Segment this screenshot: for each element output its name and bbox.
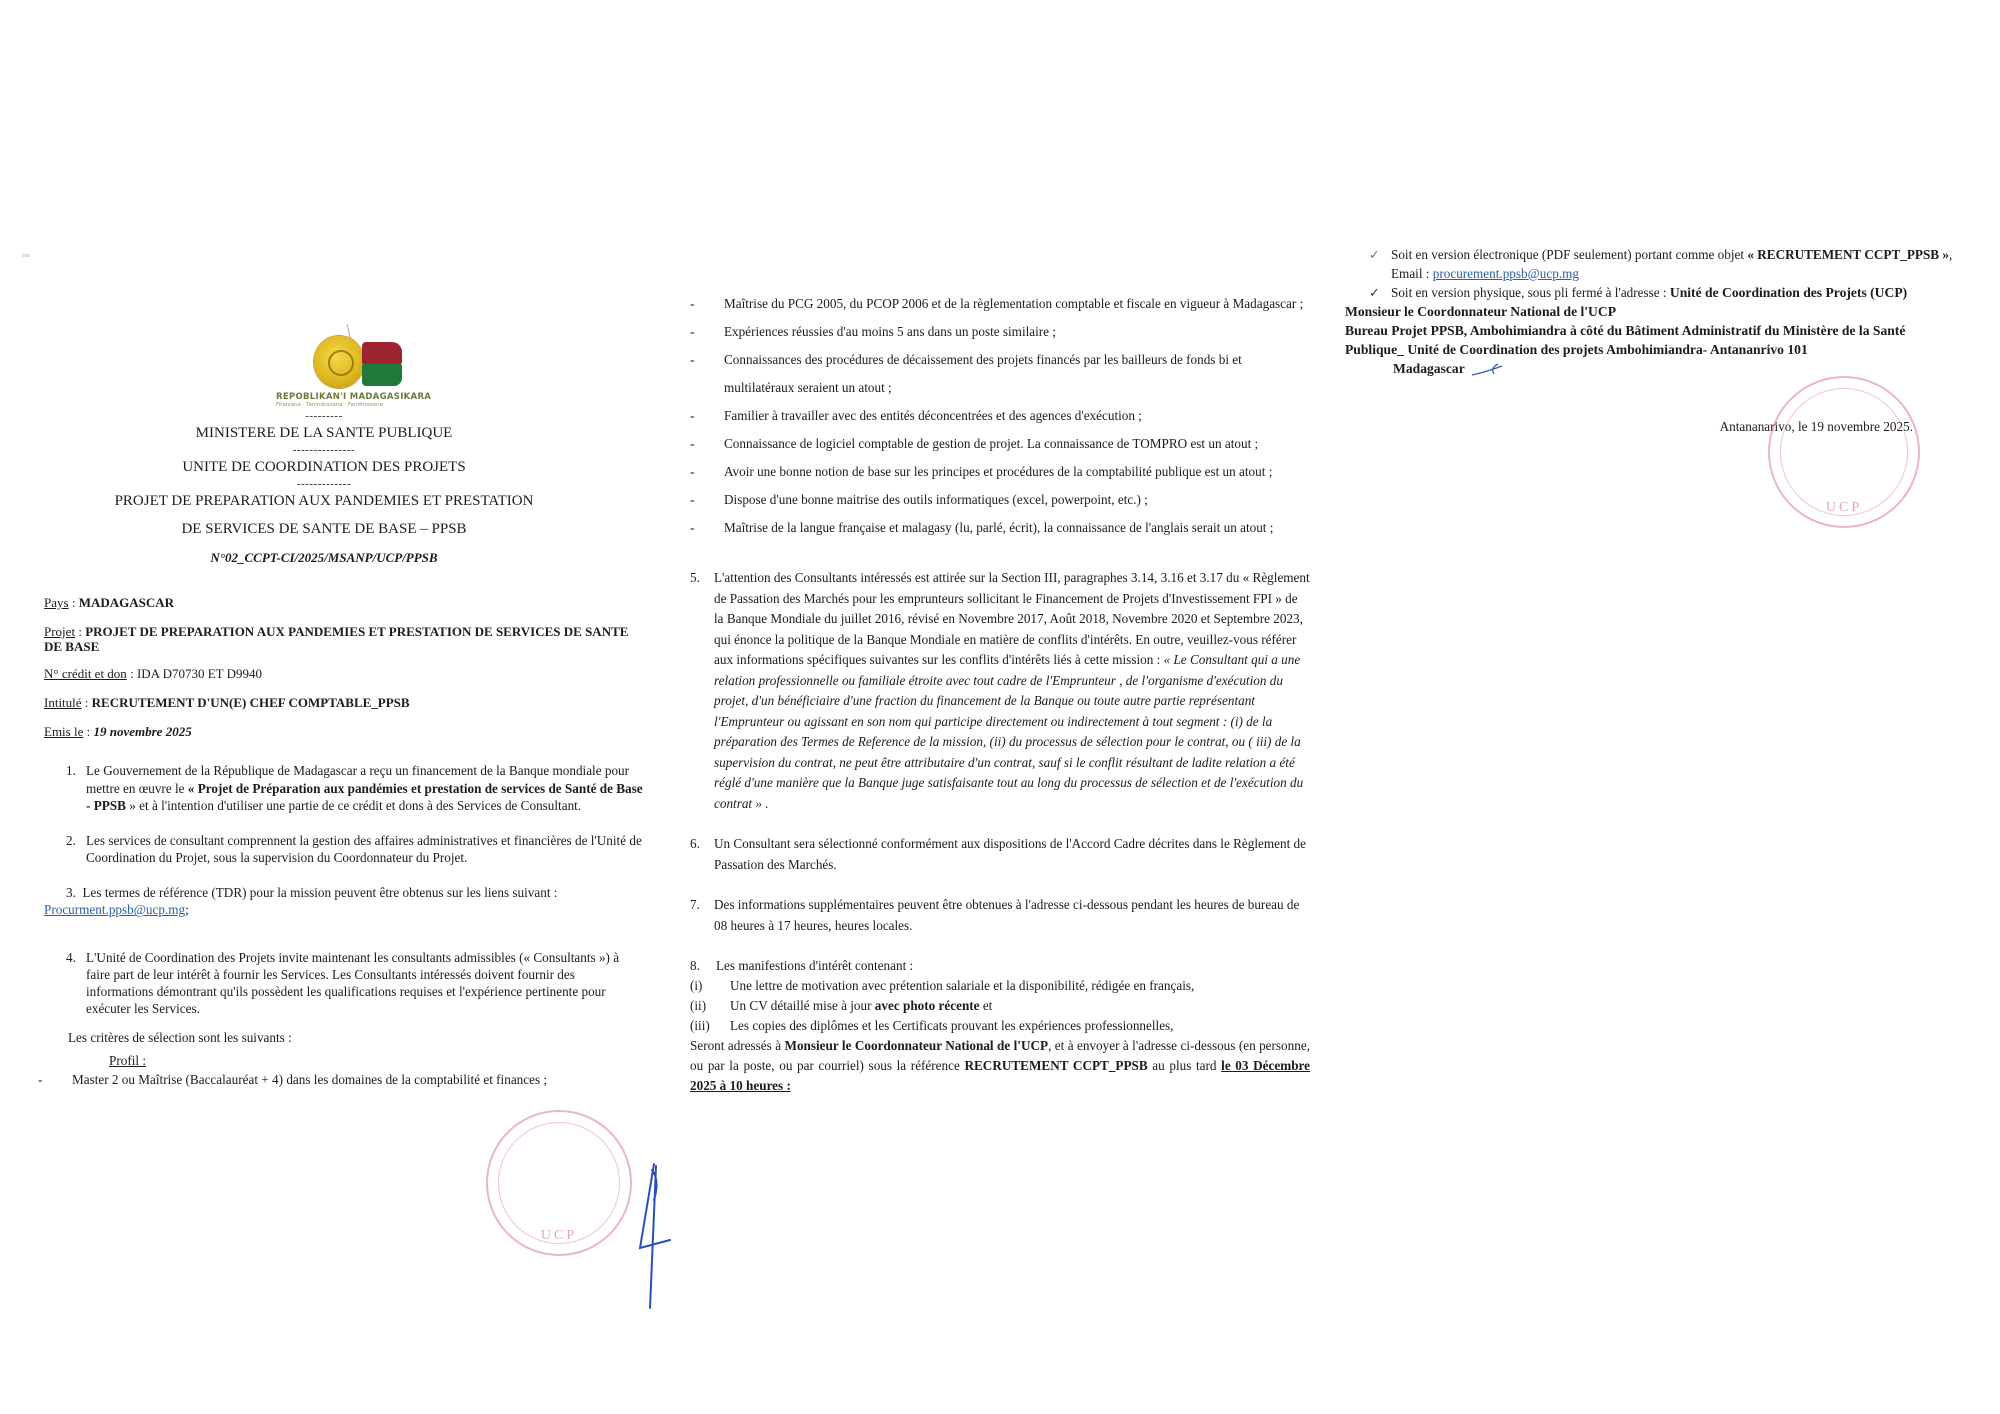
scan-artifact [22,254,30,257]
electronic-submission-option: ✓ Soit en version électronique (PDF seul… [1369,245,1965,283]
project-field: Projet : PROJET DE PREPARATION AUX PANDE… [44,624,644,654]
paragraph-7: 7. Des informations supplémentaires peuv… [690,895,1310,936]
project-name-line2: DE SERVICES DE SANTE DE BASE – PPSB [24,518,624,540]
profile-item: -Maîtrise du PCG 2005, du PCOP 2006 et d… [690,290,1310,318]
reference-number: N°02_CCPT-CI/2025/MSANP/UCP/PPSB [24,550,624,567]
paragraph-1: 1. Le Gouvernement de la République de M… [44,762,644,813]
emblem: REPOBLIKAN'I MADAGASIKARA Fitiavana · Ta… [266,318,446,410]
notice-metadata: Pays : MADAGASCAR Projet : PROJET DE PRE… [44,595,644,741]
separator: ------------- [24,478,624,490]
page-2: -Maîtrise du PCG 2005, du PCOP 2006 et d… [690,290,1310,1096]
national-seal-icon [314,336,364,388]
madagascar-flag-icon [362,342,402,364]
criteria-intro: Les critères de sélection sont les suiva… [68,1029,644,1046]
issue-date-field: Emis le : 19 novembre 2025 [44,724,644,741]
unit-name: UNITE DE COORDINATION DES PROJETS [24,456,624,478]
paragraph-5: 5. L'attention des Consultants intéressé… [690,568,1310,814]
postal-address: Monsieur le Coordonnateur National de l'… [1345,302,1965,378]
checkmark-icon: ✓ [1369,245,1391,283]
profile-list: -Maîtrise du PCG 2005, du PCOP 2006 et d… [690,290,1310,542]
profile-item: -Master 2 ou Maîtrise (Baccalauréat + 4)… [38,1071,644,1088]
paragraph-8: 8.Les manifestions d'intérêt contenant :… [690,956,1310,1096]
profile-item: -Expériences réussies d'au moins 5 ans d… [690,318,1310,346]
page-1: REPOBLIKAN'I MADAGASIKARA Fitiavana · Ta… [44,318,644,1089]
signature-icon [632,1160,672,1310]
credit-field: N° crédit et don : IDA D70730 ET D9940 [44,666,644,683]
official-stamp-icon: UCP [486,1110,632,1256]
letterhead: --------- MINISTERE DE LA SANTE PUBLIQUE… [24,410,624,567]
tdr-email-link[interactable]: Procurment.ppsb@ucp.mg [44,902,185,917]
paragraph-6: 6. Un Consultant sera sélectionné confor… [690,834,1310,875]
separator: --------- [24,410,624,422]
document-item: (i)Une lettre de motivation avec prétent… [690,976,1310,996]
profile-item: -Familier à travailler avec des entités … [690,402,1310,430]
profile-item: -Maîtrise de la langue française et mala… [690,514,1310,542]
official-stamp-icon: UCP [1768,376,1920,528]
profile-item: -Connaissances des procédures de décaiss… [690,346,1310,402]
paragraph-3: 3. Les termes de référence (TDR) pour la… [44,884,644,918]
profile-item: -Connaissance de logiciel comptable de g… [690,430,1310,458]
project-name-line1: PROJET DE PREPARATION AUX PANDEMIES ET P… [24,490,624,512]
profile-item: -Avoir une bonne notion de base sur les … [690,458,1310,486]
profile-heading: Profil : [109,1052,644,1069]
paragraph-2: 2. Les services de consultant comprennen… [44,832,644,866]
submission-instructions: Seront adressés à Monsieur le Coordonnat… [690,1036,1310,1096]
checkmark-icon: ✓ [1369,283,1391,302]
paragraph-4: 4. L'Unité de Coordination des Projets i… [44,949,644,1018]
document-item: (ii)Un CV détaillé mise à jour avec phot… [690,996,1310,1016]
physical-submission-option: ✓ Soit en version physique, sous pli fer… [1369,283,1965,302]
initials-signature-icon [1468,362,1508,378]
submission-email-link[interactable]: procurement.ppsb@ucp.mg [1433,266,1579,281]
document-item: (iii)Les copies des diplômes et les Cert… [690,1016,1310,1036]
ministry-name: MINISTERE DE LA SANTE PUBLIQUE [24,422,624,444]
separator: --------------- [24,444,624,456]
country-field: Pays : MADAGASCAR [44,595,644,612]
profile-item: -Dispose d'une bonne maitrise des outils… [690,486,1310,514]
title-field: Intitulé : RECRUTEMENT D'UN(E) CHEF COMP… [44,695,644,712]
republic-motto: Fitiavana · Tanindrazana · Fandrosoana [276,402,446,409]
